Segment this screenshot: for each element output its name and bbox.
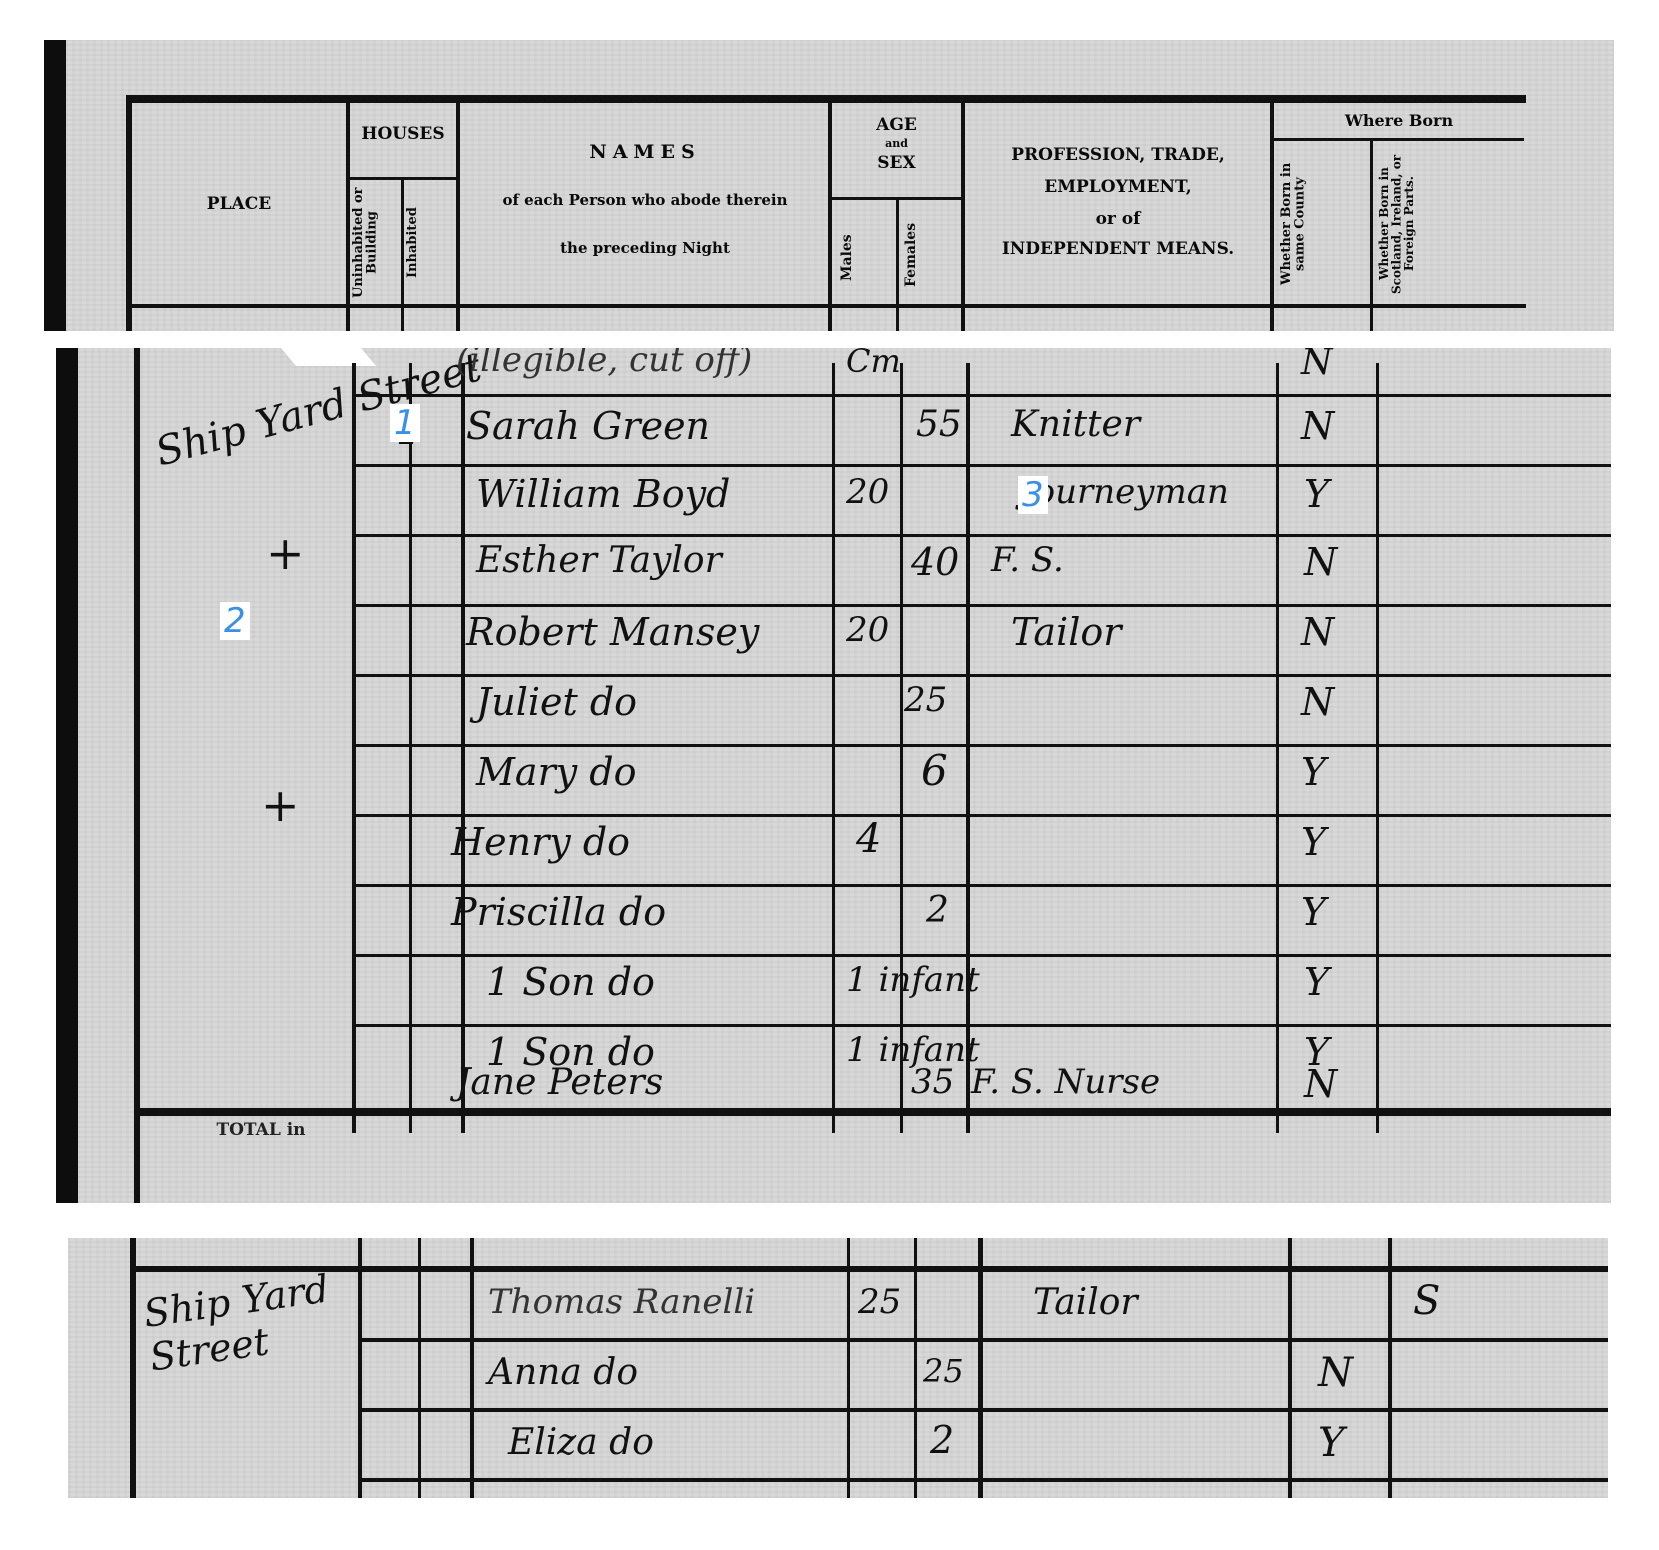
total-rule: [136, 1108, 1611, 1116]
entry-profession: F. S.: [991, 540, 1064, 580]
entry-name: (illegible, cut off): [456, 348, 752, 380]
row-rule: [358, 1408, 1608, 1412]
header-names-line1: of each Person who abode therein: [462, 192, 828, 209]
entry-profession: Journeyman: [1021, 472, 1229, 512]
rule-place: [352, 363, 356, 1133]
place-note: Ship Yard Street: [141, 1265, 351, 1380]
entry-foreign: S: [1413, 1278, 1440, 1324]
divider-age: [896, 200, 899, 331]
row-rule: [356, 394, 1611, 397]
row-rule: [356, 534, 1611, 537]
header-males: Males: [840, 215, 892, 300]
annotation-marker-1: 1: [390, 404, 420, 442]
header-age: AGE: [832, 116, 961, 136]
entry-name: Juliet do: [476, 680, 637, 724]
entry-name: Sarah Green: [466, 404, 710, 448]
binding-edge: [44, 40, 66, 331]
header-profession-4: INDEPENDENT MEANS.: [966, 240, 1270, 260]
rule-houses-right: [470, 1238, 474, 1498]
header-bottom-rule: [130, 1266, 1608, 1272]
row-rule: [356, 814, 1611, 817]
header-age-and: and: [832, 138, 961, 151]
houses-subrule: [346, 177, 458, 180]
entry-females: 6: [921, 746, 948, 795]
header-profession-1: PROFESSION, TRADE,: [966, 146, 1270, 166]
entry-same-county: Y: [1301, 750, 1326, 794]
entry-males: 1 infant: [846, 960, 980, 1000]
header-inhabited: Inhabited: [406, 185, 452, 300]
row-rule: [356, 884, 1611, 887]
row-rule: [356, 464, 1611, 467]
place-mark-cross: +: [266, 526, 305, 580]
header-houses: HOUSES: [348, 125, 458, 145]
place-note: Ship Yard Street: [150, 348, 486, 477]
rule-age: [914, 1238, 917, 1498]
rule-names: [832, 363, 835, 1133]
entry-name: Eliza do: [508, 1422, 654, 1463]
entry-males: 25: [858, 1282, 901, 1322]
row-rule: [358, 1338, 1608, 1342]
entry-same-county: N: [1301, 610, 1334, 654]
continuation-strip: Ship Yard Street Thomas Ranelli 25 Tailo…: [68, 1238, 1608, 1498]
entry-same-county: Y: [1318, 1420, 1344, 1466]
entry-same-county: N: [1301, 680, 1334, 724]
header-where-born: Where Born: [1274, 112, 1524, 130]
entry-profession: Tailor: [1011, 610, 1121, 654]
header-place: PLACE: [134, 195, 344, 215]
divider-born: [1370, 140, 1373, 331]
rule-profession: [1276, 363, 1279, 1133]
folded-corner: [276, 348, 376, 366]
header-bottom-rule: [126, 304, 1526, 308]
rule-profession: [1288, 1238, 1292, 1498]
entry-same-county: Y: [1301, 890, 1326, 934]
entry-name: Jane Peters: [456, 1062, 663, 1103]
rule-born: [1388, 1238, 1392, 1498]
entry-name: Anna do: [488, 1352, 638, 1393]
rule-born: [1376, 363, 1379, 1133]
row-rule: [356, 1024, 1611, 1027]
binding-edge: [56, 348, 78, 1203]
header-sex: SEX: [832, 154, 961, 174]
total-label: TOTAL in: [166, 1121, 356, 1141]
rule-houses: [418, 1238, 421, 1498]
header-profession-3: or of: [966, 210, 1270, 230]
born-subrule: [1270, 138, 1524, 141]
entry-same-county: N: [1301, 404, 1334, 448]
entry-males: 4: [856, 816, 881, 862]
entry-age-note: Cm: [846, 348, 901, 380]
entry-name: Henry do: [451, 820, 630, 864]
header-names-title: NAMES: [462, 142, 828, 164]
header-names-line2: the preceding Night: [462, 240, 828, 257]
rule-age-right: [966, 363, 970, 1133]
annotation-marker-3: 3: [1018, 476, 1048, 514]
entry-name: 1 Son do: [486, 960, 655, 1004]
entry-name: William Boyd: [476, 472, 730, 516]
rule-houses: [409, 363, 412, 1133]
main-entries-strip: TOTAL in Ship Yard Street + + 1 (illegib…: [56, 348, 1611, 1203]
entry-same-county: N: [1301, 348, 1333, 383]
entry-same-county: N: [1318, 1350, 1353, 1396]
header-profession-2: EMPLOYMENT,: [966, 178, 1270, 198]
entry-males: 20: [846, 472, 889, 512]
entry-females: 40: [911, 540, 959, 584]
entry-same-county: Y: [1301, 820, 1326, 864]
entry-females: 35: [911, 1062, 954, 1102]
entry-males: 20: [846, 610, 889, 650]
header-strip: PLACE HOUSES Uninhabited or Building Inh…: [44, 40, 1614, 331]
entry-females: 55: [916, 404, 962, 445]
frame-left: [134, 348, 140, 1203]
entry-females: 2: [930, 1418, 954, 1462]
entry-females: 25: [923, 1352, 964, 1390]
frame-left: [126, 95, 132, 331]
rule-age: [900, 363, 903, 1133]
row-rule: [356, 954, 1611, 957]
entry-profession: Knitter: [1011, 404, 1140, 445]
entry-name: Thomas Ranelli: [488, 1282, 755, 1322]
header-born-scotland: Whether Born in Scotland, Ireland, or Fo…: [1378, 148, 1518, 300]
row-rule: [358, 1478, 1608, 1482]
row-rule: [356, 604, 1611, 607]
entry-females: 25: [904, 680, 947, 720]
entry-profession: F. S. Nurse: [971, 1062, 1160, 1102]
entry-same-county: Y: [1304, 960, 1329, 1004]
entry-females: 2: [926, 890, 949, 931]
frame-top: [126, 95, 1526, 103]
rule-age-right: [978, 1238, 983, 1498]
entry-same-county: Y: [1304, 472, 1329, 516]
entry-same-county: N: [1304, 540, 1337, 584]
rule-place: [358, 1238, 362, 1498]
entry-same-county: N: [1304, 1062, 1337, 1106]
divider-profession: [1270, 98, 1274, 331]
entry-name: Esther Taylor: [476, 540, 722, 581]
header-females: Females: [904, 210, 956, 300]
divider-age-right: [961, 98, 965, 331]
place-mark-cross: +: [261, 778, 300, 832]
entry-name: Priscilla do: [451, 890, 666, 934]
entry-profession: Tailor: [1033, 1282, 1138, 1323]
entry-name: Robert Mansey: [466, 610, 759, 654]
divider-houses: [401, 180, 404, 331]
rule-houses-right: [461, 363, 465, 1133]
header-uninhabited: Uninhabited or Building: [352, 185, 398, 300]
frame-left: [130, 1238, 136, 1498]
rule-names: [847, 1238, 850, 1498]
entry-name: Mary do: [476, 750, 636, 794]
header-born-same-county: Whether Born in same County: [1280, 148, 1366, 300]
row-rule: [356, 744, 1611, 747]
row-rule: [356, 674, 1611, 677]
annotation-marker-2: 2: [220, 602, 250, 640]
